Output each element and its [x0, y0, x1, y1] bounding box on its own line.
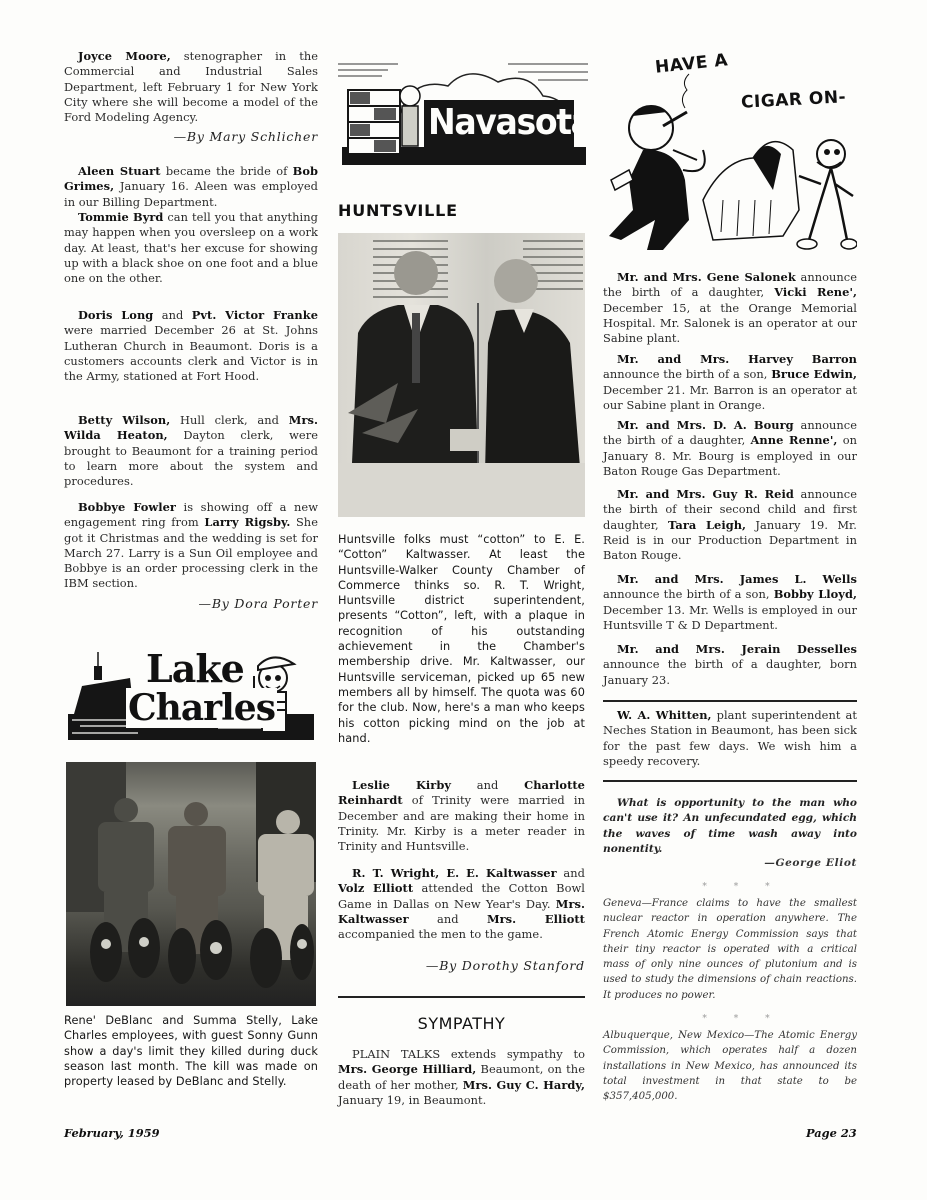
- news-item-joyce-moore: Joyce Moore, stenographer in the Commerc…: [64, 49, 318, 125]
- footer-date: February, 1959: [64, 1126, 160, 1140]
- banner-title-charles: Charles: [126, 688, 277, 728]
- banner-title-lake: Lake: [146, 650, 244, 688]
- quote-attribution: —George Eliot: [603, 856, 857, 871]
- section-heading-sympathy: SYMPATHY: [338, 1014, 585, 1033]
- person-name: Joyce Moore,: [78, 49, 171, 63]
- news-item-aleen-stuart: Aleen Stuart became the bride of Bob Gri…: [64, 164, 318, 210]
- person-name: Mrs. Guy C. Hardy,: [463, 1078, 585, 1092]
- divider-rule: [603, 700, 857, 702]
- father-cartoon-and-crib-illustration: [603, 50, 857, 260]
- person-name: R. T. Wright, E. E. Kaltwasser: [352, 866, 557, 880]
- item-text: December 15, at the Orange Memorial Hosp…: [603, 301, 857, 346]
- person-name: Leslie Kirby: [352, 778, 451, 792]
- item-text: Hull clerk, and: [170, 413, 289, 427]
- news-item-bobbye-fowler: Bobbye Fowler is showing off a new engag…: [64, 500, 318, 592]
- item-text: and: [557, 866, 585, 880]
- person-name: Larry Rigsby.: [204, 515, 290, 529]
- person-name: Aleen Stuart: [78, 164, 161, 178]
- duck-hunters-illustration: [66, 762, 316, 1006]
- person-name: Mr. and Mrs. Harvey Barron: [617, 352, 857, 366]
- news-item-albuquerque: Albuquerque, New Mexico—The Atomic Energ…: [603, 1028, 857, 1104]
- item-text: announce the birth of a daughter, born J…: [603, 657, 857, 686]
- divider-rule: [603, 780, 857, 782]
- person-name: Pvt. Victor Franke: [192, 308, 318, 322]
- birth-announcement: Mr. and Mrs. James L. Wells announce the…: [603, 572, 857, 633]
- byline-mary-schlicher: —By Mary Schlicher: [64, 129, 318, 144]
- photo-huntsville-plaque-presentation: [338, 233, 585, 517]
- section-heading-huntsville: HUNTSVILLE: [338, 201, 458, 220]
- birth-announcement: Mr. and Mrs. Gene Salonek announce the b…: [603, 270, 857, 346]
- news-item-whitten: W. A. Whitten, plant superintendent at N…: [603, 708, 857, 769]
- baby-name: Bobby Lloyd,: [774, 587, 857, 601]
- item-text: became the bride of: [161, 164, 293, 178]
- item-text: and: [451, 778, 524, 792]
- byline-dorothy-stanford: —By Dorothy Stanford: [338, 958, 585, 973]
- quote-george-eliot: What is opportunity to the man who can't…: [603, 796, 857, 857]
- person-name: W. A. Whitten,: [617, 708, 712, 722]
- person-name: Mr. and Mrs. James L. Wells: [617, 572, 857, 586]
- baby-name: Bruce Edwin,: [771, 367, 857, 381]
- have-a-cigar-cartoon: HAVE A CIGAR ON-: [603, 50, 857, 260]
- person-name: Mr. and Mrs. D. A. Bourg: [617, 418, 794, 432]
- birth-announcement: Mr. and Mrs. D. A. Bourg announce the bi…: [603, 418, 857, 479]
- item-text: PLAIN TALKS extends sympathy to: [352, 1047, 585, 1061]
- person-name: Mr. and Mrs. Gene Salonek: [617, 270, 796, 284]
- person-name: Doris Long: [78, 308, 153, 322]
- person-name: Volz Elliott: [338, 881, 413, 895]
- baby-name: Anne Renne',: [751, 433, 838, 447]
- news-item-tommie-byrd: Tommie Byrd can tell you that anything m…: [64, 210, 318, 286]
- item-text: announce the birth of a son,: [603, 587, 774, 601]
- person-name: Betty Wilson,: [78, 413, 170, 427]
- person-name: Mrs. Elliott: [487, 912, 585, 926]
- baby-name: Tara Leigh,: [668, 518, 746, 532]
- baby-name: Vicki Rene',: [774, 285, 857, 299]
- news-item-leslie-kirby: Leslie Kirby and Charlotte Reinhardt of …: [338, 778, 585, 854]
- banner-title-navasota: Navasota: [428, 100, 592, 146]
- photo-caption-huntsville: Huntsville folks must “cotton” to E. E. …: [338, 532, 585, 746]
- item-text: January 19, in Beaumont.: [338, 1093, 486, 1107]
- news-item-geneva: Geneva—France claims to have the smalles…: [603, 896, 857, 1003]
- two-men-at-podium-illustration: [338, 233, 585, 517]
- item-text: December 13. Mr. Wells is employed in ou…: [603, 603, 857, 632]
- item-text: were married December 26 at St. Johns Lu…: [64, 323, 318, 383]
- navasota-banner: Navasota: [338, 62, 588, 170]
- item-text: accompanied the men to the game.: [338, 927, 543, 941]
- person-name: Tommie Byrd: [78, 210, 163, 224]
- photo-duck-hunters: [66, 762, 316, 1006]
- footer-page-number: Page 23: [806, 1126, 857, 1140]
- divider-rule: [338, 996, 585, 998]
- photo-caption-lake-charles: Rene' DeBlanc and Summa Stelly, Lake Cha…: [64, 1013, 318, 1089]
- sympathy-notice: PLAIN TALKS extends sympathy to Mrs. Geo…: [338, 1047, 585, 1108]
- item-text: and: [409, 912, 487, 926]
- birth-announcement: Mr. and Mrs. Harvey Barron announce the …: [603, 352, 857, 413]
- news-item-doris-long: Doris Long and Pvt. Victor Franke were m…: [64, 308, 318, 384]
- person-name: Mr. and Mrs. Guy R. Reid: [617, 487, 794, 501]
- lake-charles-banner: Lake Charles: [68, 648, 314, 740]
- person-name: Mrs. George Hilliard,: [338, 1062, 476, 1076]
- separator-dots: * * *: [615, 882, 869, 892]
- person-name: Bobbye Fowler: [78, 500, 176, 514]
- birth-announcement: Mr. and Mrs. Jerain Desselles announce t…: [603, 642, 857, 688]
- separator-dots: * * *: [615, 1014, 869, 1024]
- item-text: and: [153, 308, 191, 322]
- item-text: December 21. Mr. Barron is an operator a…: [603, 383, 857, 412]
- item-text: announce the birth of a son,: [603, 367, 771, 381]
- news-item-betty-wilson: Betty Wilson, Hull clerk, and Mrs. Wilda…: [64, 413, 318, 489]
- news-item-cotton-bowl: R. T. Wright, E. E. Kaltwasser and Volz …: [338, 866, 585, 942]
- byline-dora-porter: —By Dora Porter: [64, 596, 318, 611]
- person-name: Mr. and Mrs. Jerain Desselles: [617, 642, 857, 656]
- birth-announcement: Mr. and Mrs. Guy R. Reid announce the bi…: [603, 487, 857, 563]
